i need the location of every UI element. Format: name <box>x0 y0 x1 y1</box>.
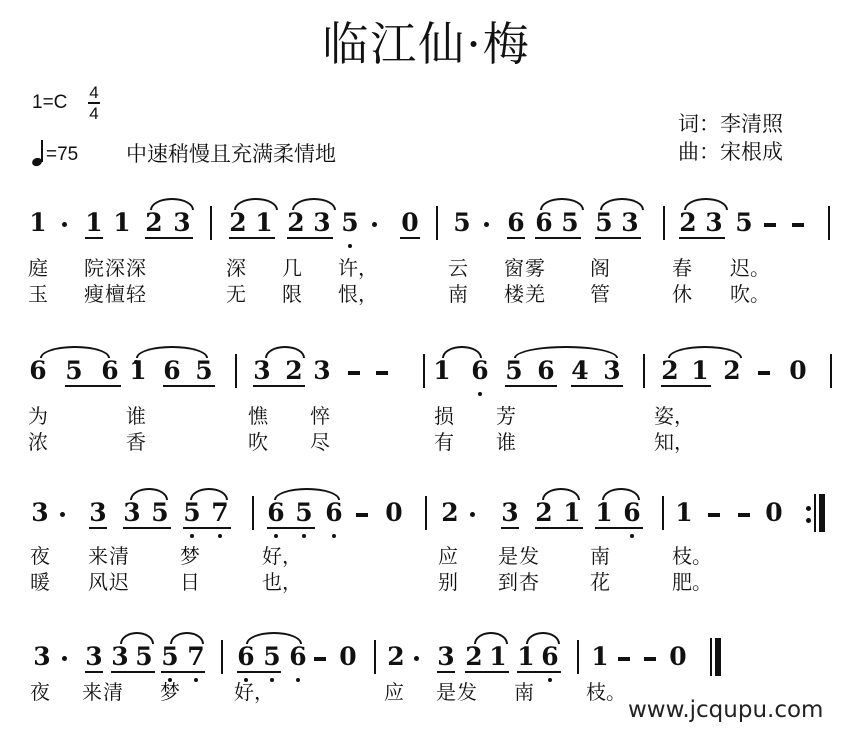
note: 2 <box>144 208 164 237</box>
note: 1 <box>690 356 710 385</box>
quarter-note-icon <box>32 140 44 166</box>
lyric: 也， <box>262 566 302 595</box>
lyric: 无 <box>226 278 246 307</box>
lyric: 梦 <box>180 540 200 569</box>
note: 5 <box>340 208 360 237</box>
note: 5 <box>594 208 614 237</box>
lyric: 是发 <box>498 540 540 569</box>
note: 5 <box>134 642 154 671</box>
note: 1 <box>84 208 104 237</box>
note: 1 <box>432 356 452 385</box>
note: 3 <box>312 356 332 385</box>
lyric: 南 <box>590 540 610 569</box>
note: 6 <box>28 356 48 385</box>
lyric: 窗雾 <box>504 252 546 281</box>
note: 2 <box>534 498 554 527</box>
note: 5 <box>294 498 314 527</box>
song-title: 临江仙·梅 <box>0 8 853 74</box>
lyric: 庭 <box>28 252 48 281</box>
lyric: 深 <box>226 252 246 281</box>
note: 7 <box>186 642 206 671</box>
lyric: 憔 <box>248 400 268 429</box>
lyric: 许， <box>338 252 378 281</box>
note: 5 <box>452 208 472 237</box>
lyric: 枝。 <box>586 676 626 705</box>
lyric: 有 <box>434 426 454 455</box>
note: 2 <box>386 642 406 671</box>
note: 3 <box>84 642 104 671</box>
lyric: 玉 <box>28 278 48 307</box>
note: 2 <box>660 356 680 385</box>
note: 1 <box>112 208 132 237</box>
lyric: 楼羌 <box>504 278 546 307</box>
note: 1 <box>562 498 582 527</box>
key-signature: 1=C <box>32 92 67 114</box>
lyric: 夜 <box>30 676 50 705</box>
note: 4 <box>570 356 590 385</box>
note: 5 <box>64 356 84 385</box>
note: 3 <box>704 208 724 237</box>
lyric: 限 <box>282 278 302 307</box>
lyric: 来清 <box>82 676 124 705</box>
lyric: 香 <box>126 426 146 455</box>
note: 3 <box>32 642 52 671</box>
lyric: 应 <box>438 540 458 569</box>
note: 0 <box>384 498 404 527</box>
note: 1 <box>128 356 148 385</box>
note: 2 <box>678 208 698 237</box>
note: 3 <box>110 642 130 671</box>
lyric: 谁 <box>126 400 146 429</box>
repeat-dot <box>806 506 811 511</box>
lyric: 是发 <box>436 676 478 705</box>
watermark: www.jcqupu.com <box>628 697 823 723</box>
note: 1 <box>254 208 274 237</box>
lyric: 阁 <box>590 252 610 281</box>
note: 5 <box>504 356 524 385</box>
note: 6 <box>324 498 344 527</box>
note: 6 <box>266 498 286 527</box>
lyric: 为 <box>28 400 48 429</box>
lyric: 别 <box>438 566 458 595</box>
lyric: 南 <box>514 676 534 705</box>
note: 6 <box>236 642 256 671</box>
lyric: 浓 <box>28 426 48 455</box>
lyric: 姿， <box>654 400 694 429</box>
note: 1 <box>516 642 536 671</box>
note: 6 <box>540 642 560 671</box>
note: 5 <box>160 642 180 671</box>
note: 2 <box>286 208 306 237</box>
lyric: 好， <box>262 540 302 569</box>
composer: 曲：宋根成 <box>678 138 783 166</box>
lyric: 瘦檀轻 <box>84 278 147 307</box>
lyric: 日 <box>180 566 200 595</box>
note: 3 <box>30 498 50 527</box>
lyric: 谁 <box>496 426 516 455</box>
note: 0 <box>400 208 420 237</box>
lyric: 春 <box>672 252 692 281</box>
lyric: 知， <box>654 426 694 455</box>
note: 1 <box>590 642 610 671</box>
note: 3 <box>500 498 520 527</box>
note: 7 <box>210 498 230 527</box>
lyric: 应 <box>384 676 404 705</box>
note: 2 <box>284 356 304 385</box>
note: 1 <box>674 498 694 527</box>
lyric: 几 <box>282 252 302 281</box>
time-signature: 4 4 <box>88 84 100 122</box>
note: 2 <box>722 356 742 385</box>
note: 3 <box>172 208 192 237</box>
note: 5 <box>734 208 754 237</box>
note: 5 <box>560 208 580 237</box>
note: 6 <box>470 356 490 385</box>
note: 5 <box>182 498 202 527</box>
note: 3 <box>436 642 456 671</box>
lyric: 夜 <box>30 540 50 569</box>
lyric: 花 <box>590 566 610 595</box>
lyric: 尽 <box>310 426 330 455</box>
lyric: 迟。 <box>730 252 770 281</box>
note: 6 <box>536 356 556 385</box>
note: 6 <box>162 356 182 385</box>
lyric: 肥。 <box>672 566 712 595</box>
repeat-dot <box>806 518 811 523</box>
lyric: 吹。 <box>730 278 770 307</box>
note: 6 <box>506 208 526 237</box>
note: 3 <box>312 208 332 237</box>
note: 5 <box>262 642 282 671</box>
lyric: 恨， <box>338 278 378 307</box>
tempo-marking: =75 <box>32 140 78 166</box>
note: 2 <box>440 498 460 527</box>
note: 3 <box>252 356 272 385</box>
lyric: 吹 <box>248 426 268 455</box>
lyric: 芳 <box>496 400 516 429</box>
lyric: 暖 <box>30 566 50 595</box>
note: 6 <box>288 642 308 671</box>
lyricist: 词：李清照 <box>678 110 783 138</box>
credits: 词：李清照 曲：宋根成 <box>678 110 783 166</box>
lyric: 枝。 <box>672 540 712 569</box>
lyric: 管 <box>590 278 610 307</box>
note: 0 <box>338 642 358 671</box>
lyric: 院深深 <box>84 252 147 281</box>
note: 0 <box>764 498 784 527</box>
lyric: 休 <box>672 278 692 307</box>
note: 3 <box>602 356 622 385</box>
lyric: 南 <box>448 278 468 307</box>
note: 6 <box>622 498 642 527</box>
note: 1 <box>488 642 508 671</box>
note: 6 <box>100 356 120 385</box>
lyric: 梦 <box>160 676 180 705</box>
note: 2 <box>464 642 484 671</box>
lyric: 损 <box>434 400 454 429</box>
note: 3 <box>620 208 640 237</box>
note: 3 <box>88 498 108 527</box>
lyric: 云 <box>448 252 468 281</box>
lyric: 来清 <box>88 540 130 569</box>
note: 5 <box>194 356 214 385</box>
repeat-barline <box>814 494 816 532</box>
lyric: 悴 <box>310 400 330 429</box>
note: 1 <box>594 498 614 527</box>
expression-marking: 中速稍慢且充满柔情地 <box>126 138 336 168</box>
note: 0 <box>788 356 808 385</box>
note: 6 <box>534 208 554 237</box>
lyric: 风迟 <box>88 566 130 595</box>
lyric: 到杏 <box>498 566 540 595</box>
note: 2 <box>228 208 248 237</box>
note: 0 <box>668 642 688 671</box>
note: 5 <box>150 498 170 527</box>
note: 3 <box>122 498 142 527</box>
lyric: 好， <box>234 676 274 705</box>
note: 1 <box>28 208 48 237</box>
